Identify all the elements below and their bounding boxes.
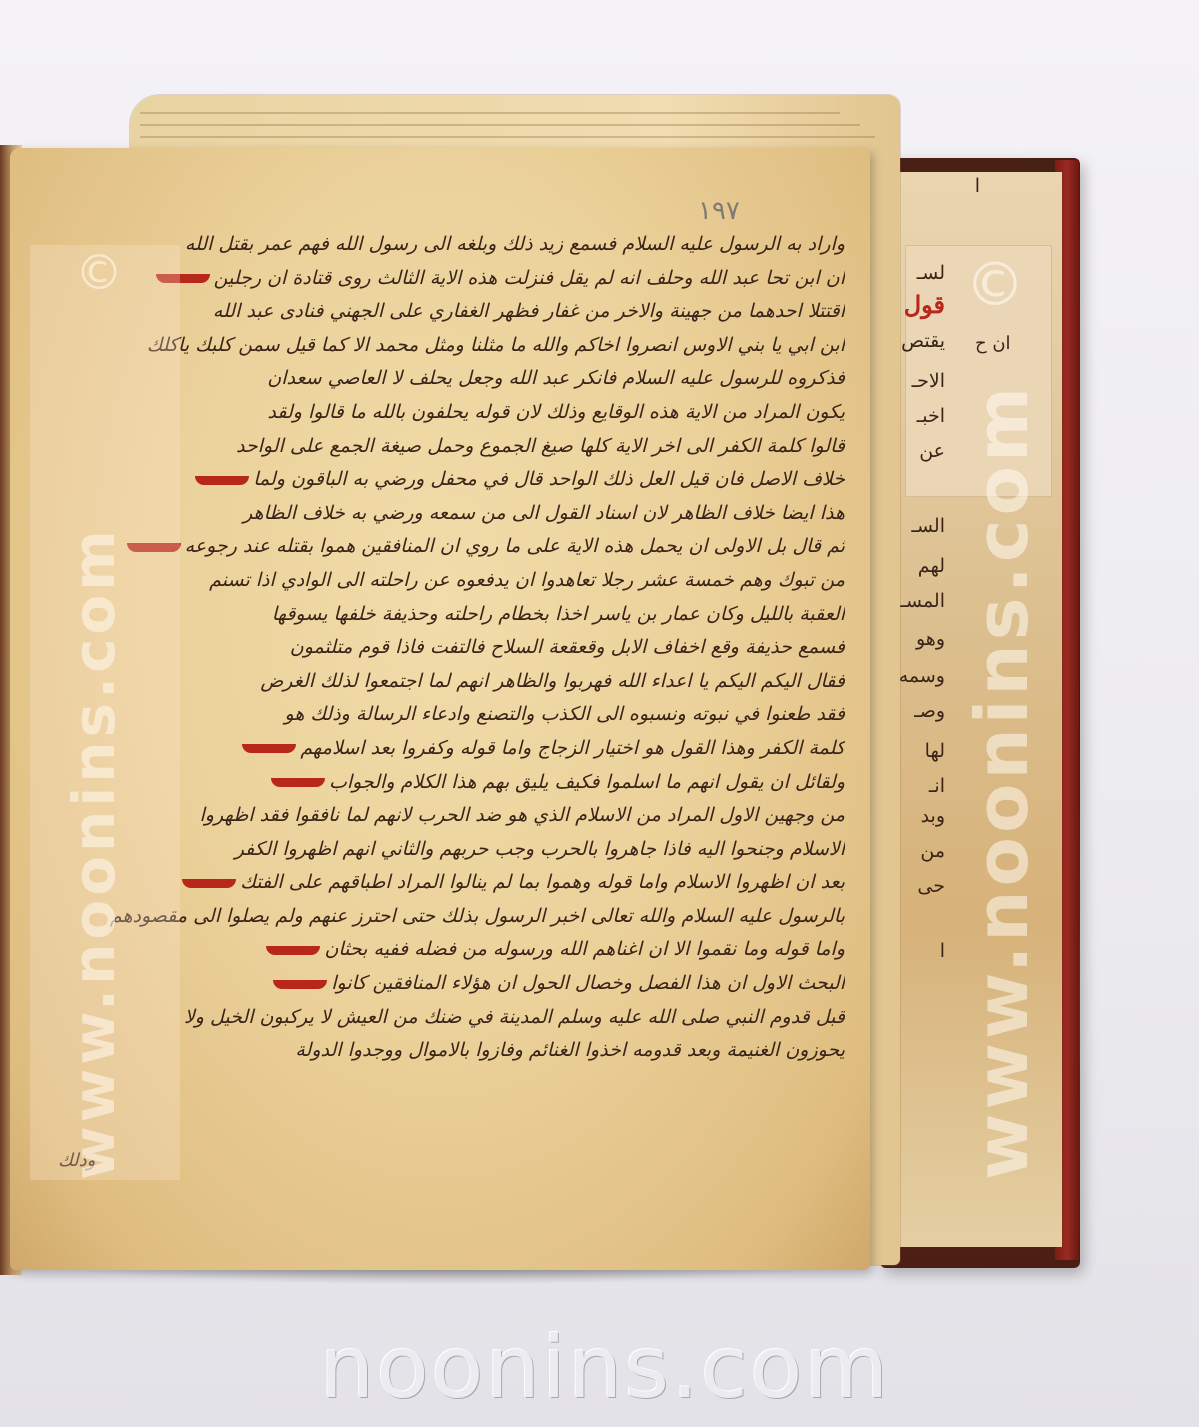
pastedown-fragment: ا [905, 940, 945, 962]
pastedown-fragment: من [905, 840, 945, 862]
pastedown-red-word: قول [905, 290, 945, 319]
page-edge-line [140, 136, 875, 138]
pastedown-fragment: وصـ [905, 700, 945, 722]
page-edge-line [140, 124, 860, 126]
rubric-mark [195, 476, 249, 485]
pastedown-fragment: انـ [905, 775, 945, 797]
watermark-vertical-right: www.noonins.com [960, 250, 1044, 1180]
rubric-mark [182, 879, 236, 888]
pastedown-fragment: وهو [905, 628, 945, 650]
pastedown-fragment: الاحـ [905, 370, 945, 392]
copyright-icon: © [75, 245, 123, 301]
pastedown-fragment: يقتص [905, 330, 945, 352]
page-edge-line [140, 112, 840, 114]
pastedown-fragment: السـ [905, 515, 945, 537]
pastedown-fragment: لهم [905, 555, 945, 577]
pastedown-fragment: حى [905, 875, 945, 897]
pastedown-fragment: وسمه [905, 665, 945, 687]
copyright-icon: © [965, 250, 1025, 320]
pastedown-mark: ا [940, 175, 980, 197]
rubric-mark [273, 980, 327, 989]
rubric-mark [266, 946, 320, 955]
pastedown-fragment: وبد [905, 805, 945, 827]
watermark-vertical-left: www.noonins.com [60, 250, 128, 1180]
pastedown-fragment: لسـ [905, 262, 945, 284]
watermark-bottom: noonins.com [255, 1318, 955, 1418]
pastedown-fragment: اخبـ [905, 405, 945, 427]
pastedown-fragment: لها [905, 740, 945, 762]
folio-number: ١٩٧ [698, 196, 740, 226]
rubric-mark [271, 778, 325, 787]
pastedown-fragment: عن [905, 440, 945, 462]
pastedown-fragment: المسـ [905, 590, 945, 612]
rubric-mark [242, 744, 296, 753]
